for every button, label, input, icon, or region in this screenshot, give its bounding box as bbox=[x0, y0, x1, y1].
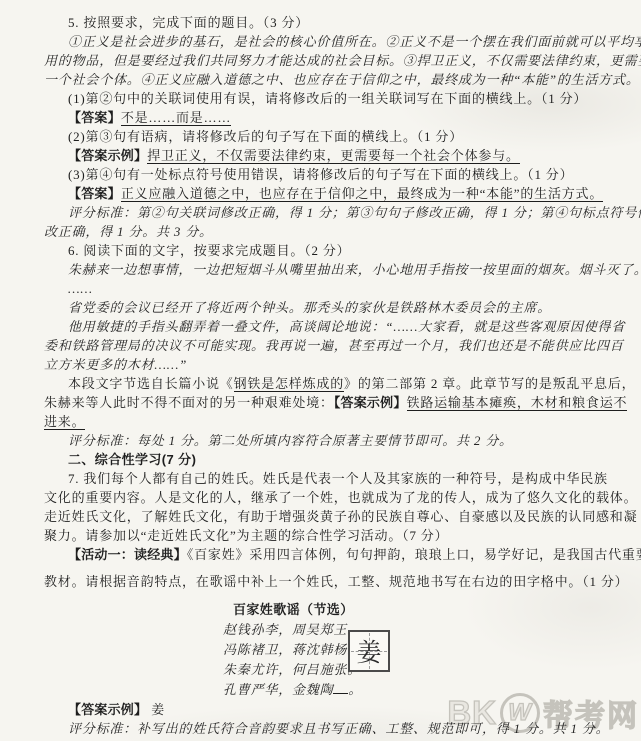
activity1-text: 《百家姓》采用四言体例，句句押韵，琅琅上口，易学好记，是我国古代重要的蒙学 bbox=[187, 547, 641, 562]
q6-book-title-answer: 钢铁是怎样炼成的 bbox=[234, 376, 344, 392]
poem-line2: 冯陈褚卫，蒋沈韩杨。 bbox=[44, 640, 603, 660]
q5-sub2-question: (2)第③句有语病，请将修改后的句子写在下面的横线上。（1 分） bbox=[44, 127, 603, 146]
poem-title: 百家姓歌谣（节选） bbox=[44, 599, 603, 620]
poem-line4-period: 。 bbox=[348, 682, 362, 697]
q6-excerpt-line5: 委和铁路管理局的决议不可能实现。我再说一遍，甚至再过一个月，我们也还是不能供应比… bbox=[44, 336, 603, 355]
document-content: 5. 按照要求，完成下面的题目。（3 分） ①正义是社会进步的基石，是社会的核心… bbox=[0, 0, 641, 738]
answer-sample-label: 【答案示例】 bbox=[68, 148, 147, 163]
tianzige-grid: 姜 bbox=[348, 630, 390, 672]
q5-title: 5. 按照要求，完成下面的题目。（3 分） bbox=[44, 13, 603, 32]
q5-sub1-answer: 不是……而是…… bbox=[121, 110, 231, 126]
q5-sub3-answer: 正义应融入道德之中，也应存在于信仰之中，最终成为一种“本能”的生活方式。 bbox=[121, 186, 603, 202]
grid-character: 姜 bbox=[350, 632, 388, 670]
fill-in-blank bbox=[333, 681, 348, 694]
q7-answer-line: 【答案示例】 姜 bbox=[44, 700, 603, 719]
answer-label: 【答案】 bbox=[68, 186, 121, 201]
q6-situation-answer-cont: 进来。 bbox=[44, 414, 85, 430]
activity1-line: 【活动一：读经典】《百家姓》采用四言体例，句句押韵，琅琅上口，易学好记，是我国古… bbox=[44, 545, 603, 564]
q6-excerpt-line3: 省党委的会议已经开了将近两个钟头。那秃头的家伙是铁路林木委员会的主席。 bbox=[44, 298, 603, 317]
poem-line1: 赵钱孙李，周吴郑王。 bbox=[44, 620, 603, 640]
answer-sample-label: 【答案示例】 bbox=[334, 395, 407, 410]
q5-scoring-line2: 改正确，得 1 分。共 3 分。 bbox=[44, 222, 603, 241]
q7-answer: 姜 bbox=[147, 702, 165, 717]
q5-sub3-question: (3)第④句有一处标点符号使用错误，请将修改后的句子写在下面的横线上。（1 分） bbox=[44, 165, 603, 184]
answer-label: 【答案】 bbox=[68, 110, 121, 125]
poem-line4-text: 孔曹严华，金魏陶 bbox=[223, 682, 333, 697]
q6-excerpt-ellipsis: …… bbox=[44, 279, 603, 298]
activity1-continuation: 教材。请根据音韵特点，在歌谣中补上一个姓氏，工整、规范地书写在右边的田字格中。（… bbox=[44, 572, 603, 591]
q7-line2: 文化的重要内容。人是文化的人，继承了一个姓，也就成为了龙的传人，成为了悠久文化的… bbox=[44, 488, 603, 507]
q7-line1: 7. 我们每个人都有自己的姓氏。姓氏是代表一个人及其家族的一种符号，是构成中华民… bbox=[44, 469, 603, 488]
q6-analysis-line2: 朱赫来等人此时不得不面对的另一种艰难处境：【答案示例】铁路运输基本瘫痪，木材和粮… bbox=[44, 393, 603, 412]
poem-line4: 孔曹严华，金魏陶。 bbox=[44, 680, 603, 700]
q6-analysis-line3: 进来。 bbox=[44, 412, 603, 431]
q5-sub2-answer-line: 【答案示例】捍卫正义，不仅需要法律约束，更需要每一个社会个体参与。 bbox=[44, 146, 603, 165]
q5-passage-line3: 一个社会个体。④正义应融入道德之中、也应存在于信仰之中，最终成为一种“本能”的生… bbox=[44, 70, 603, 89]
q5-sub2-answer: 捍卫正义，不仅需要法律约束，更需要每一个社会个体参与。 bbox=[147, 148, 520, 164]
q5-passage-line2: 用的物品，但是要经过我们共同努力才能达成的社会目标。③捍卫正义，不仅需要法律约束… bbox=[44, 51, 603, 70]
q6-analysis-1c: 》的第二部第 2 章。此章节写的是叛乱平息后， bbox=[344, 376, 635, 391]
q5-sub1-answer-line: 【答案】不是……而是…… bbox=[44, 108, 603, 127]
q5-scoring-line1: 评分标准：第②句关联词修改正确，得 1 分；第③句句子修改正确，得 1 分；第④… bbox=[44, 203, 603, 222]
q6-analysis-1a: 本段文字节选自长篇小说《 bbox=[68, 376, 234, 391]
q7-line4: 聚力。请参加以“走近姓氏文化”为主题的综合性学习活动。（7 分） bbox=[44, 526, 603, 545]
q6-excerpt-line1: 朱赫来一边想事情，一边把短烟斗从嘴里抽出来，小心地用手指按一按里面的烟灰。烟斗灭… bbox=[44, 260, 603, 279]
q6-situation-answer: 铁路运输基本瘫痪，木材和粮食运不 bbox=[407, 395, 628, 411]
activity1-label: 【活动一：读经典】 bbox=[68, 547, 187, 562]
q7-line3: 走近姓氏文化，了解姓氏文化，有助于增强炎黄子孙的民族自尊心、自豪感以及民族的认同… bbox=[44, 507, 603, 526]
q5-passage-line1: ①正义是社会进步的基石，是社会的核心价值所在。②正义不是一个摆在我们面前就可以平… bbox=[44, 32, 603, 51]
q6-excerpt-line4: 他用敏捷的手指头翻弄着一叠文件，高谈阔论地说：“……大家看，就是这些客观原因使得… bbox=[44, 317, 603, 336]
q5-sub1-question: (1)第②句中的关联词使用有误，请将修改后的一组关联词写在下面的横线上。（1 分… bbox=[44, 89, 603, 108]
q6-analysis-2a: 朱赫来等人此时不得不面对的另一种艰难处境： bbox=[44, 395, 334, 410]
q5-sub3-answer-line: 【答案】正义应融入道德之中，也应存在于信仰之中，最终成为一种“本能”的生活方式。 bbox=[44, 184, 603, 203]
q6-excerpt-line6: 立方米更多的木材……” bbox=[44, 355, 603, 374]
section2-heading: 二、综合性学习(7 分) bbox=[44, 450, 603, 469]
q7-scoring: 评分标准：补写出的姓氏符合音韵要求且书写正确、工整、规范即可，得 1 分。共 1… bbox=[44, 719, 603, 738]
q6-scoring: 评分标准：每处 1 分。第二处所填内容符合原著主要情节即可。共 2 分。 bbox=[44, 431, 603, 450]
q6-analysis-line1: 本段文字节选自长篇小说《钢铁是怎样炼成的》的第二部第 2 章。此章节写的是叛乱平… bbox=[44, 374, 603, 393]
q6-title: 6. 阅读下面的文字，按要求完成题目。（2 分） bbox=[44, 241, 603, 260]
answer-sample-label: 【答案示例】 bbox=[68, 702, 147, 717]
poem-line3: 朱秦尤许，何吕施张。 bbox=[44, 660, 603, 680]
exam-answer-sheet-page: 5. 按照要求，完成下面的题目。（3 分） ①正义是社会进步的基石，是社会的核心… bbox=[0, 0, 641, 741]
